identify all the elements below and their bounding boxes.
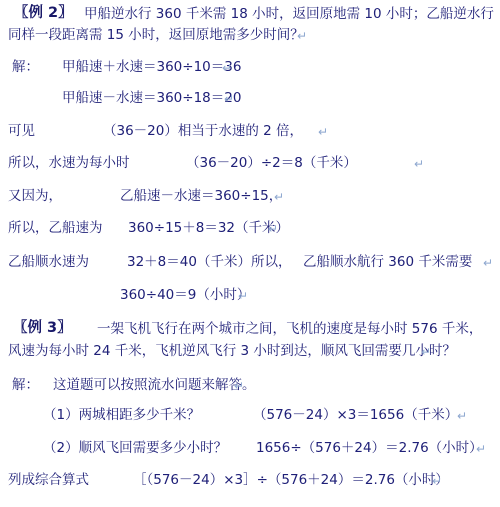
return-mark: ↵ bbox=[457, 408, 467, 425]
example3-q2-eq: 1656÷（576＋24）＝2.76（小时） bbox=[256, 440, 483, 457]
example3-solve-note: 这道题可以按照流水问题来解答。 bbox=[53, 377, 256, 394]
example2-water-label: 所以，水速为每小时 bbox=[8, 155, 130, 172]
example2-downstream-label: 乙船顺水速为 bbox=[8, 254, 89, 271]
example3-problem-line2: 风速为每小时 24 千米，飞机逆风飞行 3 小时到达，顺风飞回需要几小时？ bbox=[8, 343, 456, 360]
example3-heading: 〖例 3〗 bbox=[13, 320, 72, 337]
example2-problem-line1: 甲船逆水行 360 千米需 18 小时，返回原地需 10 小时；乙船逆水行 bbox=[84, 6, 494, 23]
return-mark: ↵ bbox=[483, 255, 493, 272]
example2-visible-eq: （36－20）相当于水速的 2 倍， bbox=[103, 123, 303, 140]
return-mark: ↵ bbox=[268, 221, 278, 238]
example2-because-eq: 乙船速－水速＝360÷15， bbox=[120, 188, 282, 205]
example3-problem-line1: 一架飞机飞行在两个城市之间，飞机的速度是每小时 576 千米， bbox=[97, 321, 482, 338]
example3-solve-label: 解： bbox=[12, 377, 39, 394]
example2-eq-upstream: 甲船速－水速＝360÷18＝20 bbox=[62, 90, 241, 107]
example2-visible-label: 可见 bbox=[8, 123, 35, 140]
return-mark: ↵ bbox=[476, 441, 486, 458]
example3-combined-label: 列成综合算式 bbox=[8, 472, 89, 489]
example2-downstream-eq: 32＋8＝40（千米）所以， bbox=[127, 254, 291, 271]
example3-q2-label: （2）顺风飞回需要多少小时？ bbox=[43, 440, 227, 457]
return-mark: ↵ bbox=[318, 124, 328, 141]
example3-combined-eq: ［（576－24）×3］÷（576＋24）＝2.76（小时） bbox=[133, 472, 449, 489]
example2-answer-eq: 360÷40＝9（小时） bbox=[120, 287, 250, 304]
return-mark: ↵ bbox=[414, 156, 424, 173]
example2-boatb-eq: 360÷15＋8＝32（千米） bbox=[128, 220, 289, 237]
return-mark: ↵ bbox=[297, 28, 307, 45]
example3-q1-eq: （576－24）×3＝1656（千米） bbox=[253, 407, 458, 424]
return-mark: ↵ bbox=[234, 378, 244, 395]
example2-boatb-label: 所以，乙船速为 bbox=[8, 220, 103, 237]
return-mark: ↵ bbox=[222, 60, 232, 77]
return-mark: ↵ bbox=[432, 473, 442, 490]
example2-heading: 〖例 2〗 bbox=[14, 5, 73, 22]
example2-solve-label: 解： bbox=[12, 59, 39, 76]
example3-q1-label: （1）两城相距多少千米？ bbox=[43, 407, 200, 424]
example2-problem-line2: 同样一段距离需 15 小时，返回原地需多少时间？ bbox=[8, 27, 304, 44]
example2-water-eq: （36－20）÷2＝8（千米） bbox=[186, 155, 357, 172]
return-mark: ↵ bbox=[274, 189, 284, 206]
example2-because-label: 又因为， bbox=[8, 188, 62, 205]
document-page: 〖例 2〗 甲船逆水行 360 千米需 18 小时，返回原地需 10 小时；乙船… bbox=[0, 0, 500, 507]
example2-downstream-note: 乙船顺水航行 360 千米需要 bbox=[303, 254, 472, 271]
return-mark: ↵ bbox=[421, 344, 431, 361]
example2-eq-downstream: 甲船速＋水速＝360÷10＝36 bbox=[62, 59, 241, 76]
return-mark: ↵ bbox=[238, 288, 248, 305]
return-mark: ↵ bbox=[224, 91, 234, 108]
